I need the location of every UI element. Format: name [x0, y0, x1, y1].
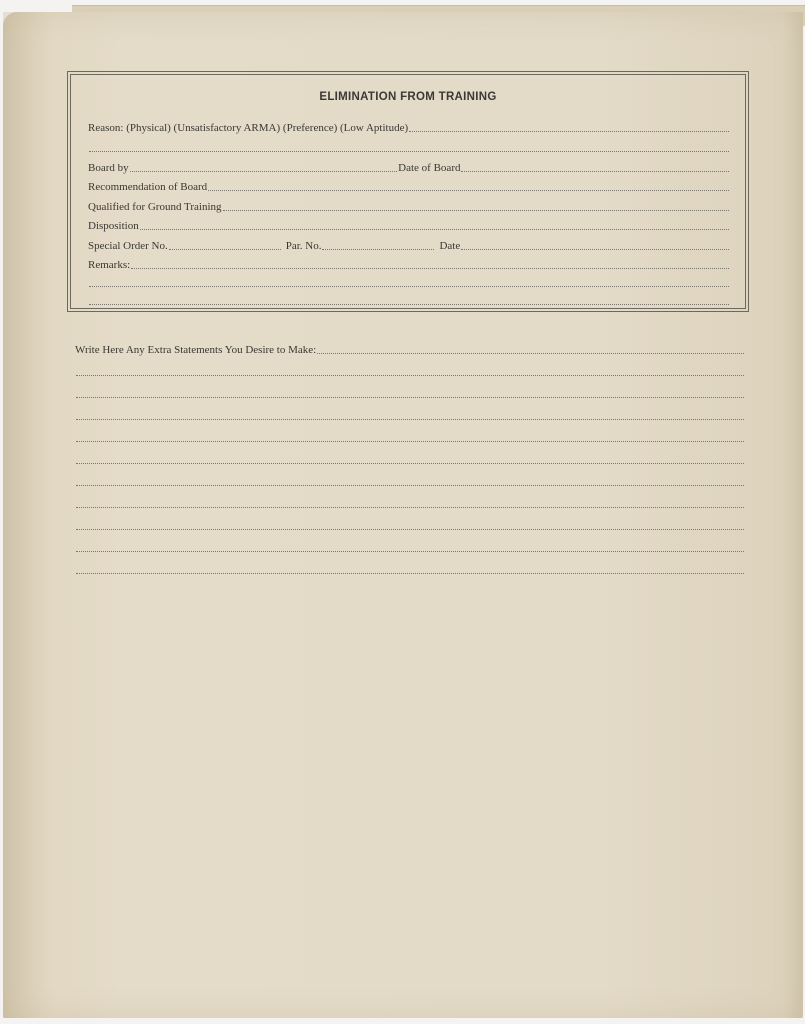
extra-line[interactable] — [76, 507, 744, 508]
extra-row[interactable] — [75, 474, 745, 488]
date-line[interactable] — [461, 249, 729, 250]
extra-line[interactable] — [76, 485, 744, 486]
reason-row[interactable]: Reason: (Physical) (Unsatisfactory ARMA)… — [88, 120, 730, 134]
disposition-line[interactable] — [140, 229, 729, 230]
extra-line-0[interactable] — [317, 353, 744, 354]
remarks-row[interactable]: Remarks: — [88, 257, 730, 271]
remarks-label: Remarks: — [88, 259, 130, 271]
reason-line[interactable] — [409, 131, 729, 132]
extra-line[interactable] — [76, 397, 744, 398]
par-no-label: Par. No. — [286, 240, 322, 252]
disposition-row[interactable]: Disposition — [88, 218, 730, 232]
extra-line[interactable] — [76, 529, 744, 530]
extra-row[interactable] — [75, 364, 745, 378]
extra-row[interactable] — [75, 496, 745, 510]
special-order-label: Special Order No. — [88, 240, 168, 252]
remarks-line[interactable] — [131, 268, 729, 269]
extra-row[interactable] — [75, 452, 745, 466]
special-order-row[interactable]: Special Order No. Par. No. Date — [88, 238, 730, 252]
special-order-line[interactable] — [169, 249, 281, 250]
disposition-label: Disposition — [88, 220, 139, 232]
extra-row[interactable] — [75, 540, 745, 554]
qualified-line[interactable] — [223, 210, 729, 211]
remarks-line-2[interactable] — [89, 286, 729, 287]
elimination-box: ELIMINATION FROM TRAINING Reason: (Physi… — [70, 74, 746, 309]
extra-line[interactable] — [76, 573, 744, 574]
extra-row[interactable] — [75, 386, 745, 400]
date-label: Date — [439, 240, 460, 252]
par-no-line[interactable] — [322, 249, 434, 250]
reason-row-2[interactable] — [88, 140, 730, 154]
reason-label: Reason: (Physical) (Unsatisfactory ARMA)… — [88, 122, 408, 134]
qualified-label: Qualified for Ground Training — [88, 201, 222, 213]
extra-row[interactable] — [75, 518, 745, 532]
extra-row[interactable] — [75, 562, 745, 576]
reason-line-2[interactable] — [89, 151, 729, 152]
extra-row[interactable] — [75, 430, 745, 444]
extra-line[interactable] — [76, 419, 744, 420]
recommendation-line[interactable] — [208, 190, 729, 191]
recommendation-row[interactable]: Recommendation of Board — [88, 179, 730, 193]
date-of-board-label: Date of Board — [398, 162, 460, 174]
extra-line[interactable] — [76, 551, 744, 552]
form-page: ELIMINATION FROM TRAINING Reason: (Physi… — [3, 12, 803, 1018]
extra-line[interactable] — [76, 441, 744, 442]
extra-line[interactable] — [76, 463, 744, 464]
section-title: ELIMINATION FROM TRAINING — [71, 91, 745, 103]
board-row[interactable]: Board by Date of Board — [88, 160, 730, 174]
remarks-row-2[interactable] — [88, 275, 730, 289]
extra-statements-label: Write Here Any Extra Statements You Desi… — [75, 344, 316, 356]
date-of-board-line[interactable] — [461, 171, 729, 172]
remarks-line-3[interactable] — [89, 304, 729, 305]
board-by-line[interactable] — [130, 171, 398, 172]
board-by-label: Board by — [88, 162, 129, 174]
extra-row[interactable] — [75, 408, 745, 422]
recommendation-label: Recommendation of Board — [88, 181, 207, 193]
extra-statements-row[interactable]: Write Here Any Extra Statements You Desi… — [75, 342, 745, 356]
extra-line[interactable] — [76, 375, 744, 376]
remarks-row-3[interactable] — [88, 293, 730, 307]
qualified-row[interactable]: Qualified for Ground Training — [88, 199, 730, 213]
